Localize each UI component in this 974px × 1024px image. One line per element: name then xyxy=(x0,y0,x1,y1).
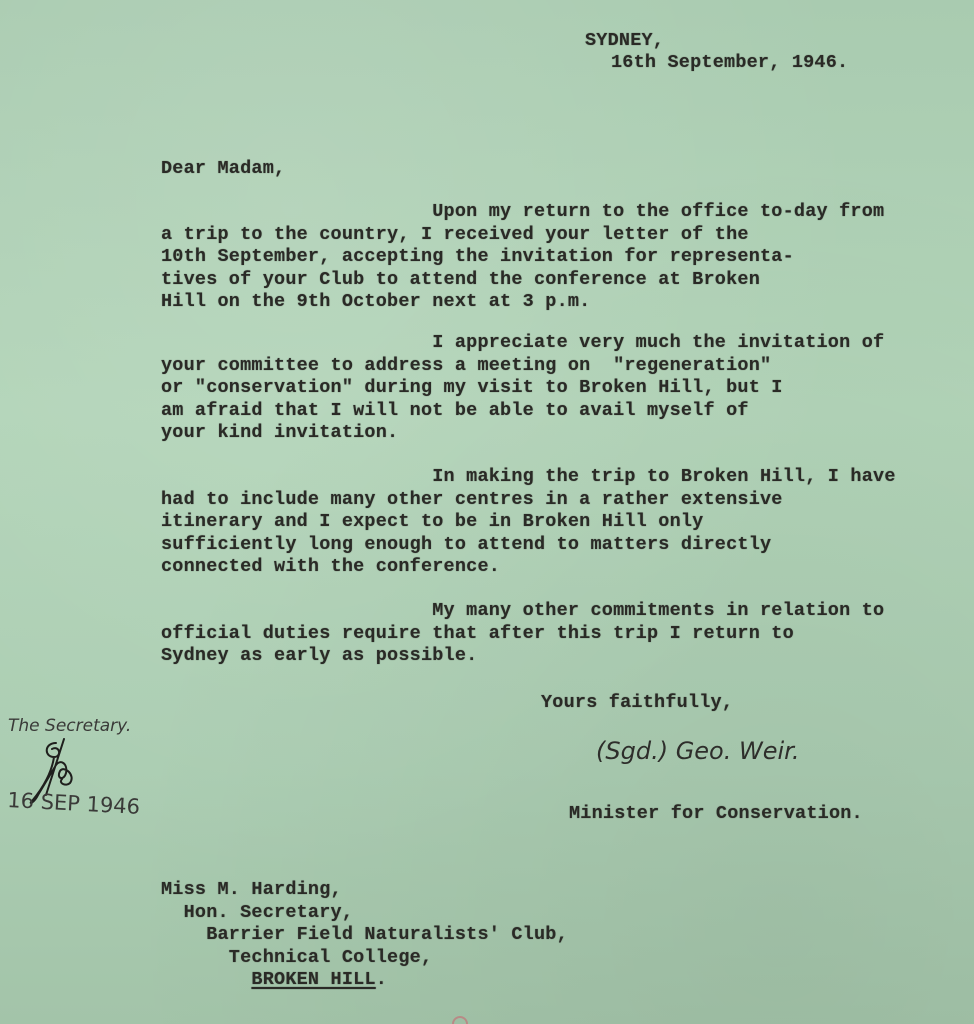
paragraph-line: your committee to address a meeting on "… xyxy=(161,355,884,378)
paragraph-line: a trip to the country, I received your l… xyxy=(161,224,884,247)
paragraph-line: connected with the conference. xyxy=(161,556,896,579)
signatory-title: Minister for Conservation. xyxy=(569,803,863,826)
paragraph-line: In making the trip to Broken Hill, I hav… xyxy=(161,466,896,489)
paragraph-line: Upon my return to the office to-day from xyxy=(161,201,884,224)
addressee-role: Hon. Secretary, xyxy=(161,902,353,923)
body-paragraph-2: I appreciate very much the invitation of… xyxy=(161,332,884,445)
paragraph-line: official duties require that after this … xyxy=(161,623,884,646)
paragraph-line: or "conservation" during my visit to Bro… xyxy=(161,377,884,400)
paragraph-line: your kind invitation. xyxy=(161,422,884,445)
addressee-name: Miss M. Harding, xyxy=(161,879,342,900)
paragraph-line: I appreciate very much the invitation of xyxy=(161,332,884,355)
paragraph-line: My many other commitments in relation to xyxy=(161,600,884,623)
paper-blemish xyxy=(452,1016,468,1024)
addressee-city-suffix: . xyxy=(376,969,387,990)
paragraph-line: itinerary and I expect to be in Broken H… xyxy=(161,511,896,534)
letter-date: 16th September, 1946. xyxy=(611,52,848,75)
paragraph-line: Hill on the 9th October next at 3 p.m. xyxy=(161,291,884,314)
paragraph-line: tives of your Club to attend the confere… xyxy=(161,269,884,292)
body-paragraph-4: My many other commitments in relation to… xyxy=(161,600,884,668)
paragraph-line: sufficiently long enough to attend to ma… xyxy=(161,534,896,557)
letter-place: SYDNEY, xyxy=(585,30,664,53)
salutation: Dear Madam, xyxy=(161,158,285,181)
addressee-block: Miss M. Harding, Hon. Secretary, Barrier… xyxy=(161,879,568,992)
paragraph-line: am afraid that I will not be able to ava… xyxy=(161,400,884,423)
body-paragraph-3: In making the trip to Broken Hill, I hav… xyxy=(161,466,896,579)
paragraph-line: Sydney as early as possible. xyxy=(161,645,884,668)
received-stamp-date: 16 SEP 1946 xyxy=(7,788,141,819)
addressee-city: BROKEN HILL xyxy=(251,969,375,990)
received-stamp-label: The Secretary. xyxy=(8,716,131,736)
body-paragraph-1: Upon my return to the office to-day from… xyxy=(161,201,884,314)
closing: Yours faithfully, xyxy=(541,692,733,715)
addressee-building: Technical College, xyxy=(161,947,432,968)
addressee-city-indent xyxy=(161,969,251,990)
paragraph-line: 10th September, accepting the invitation… xyxy=(161,246,884,269)
paragraph-line: had to include many other centres in a r… xyxy=(161,489,896,512)
signature: (Sgd.) Geo. Weir. xyxy=(596,740,799,763)
addressee-organisation: Barrier Field Naturalists' Club, xyxy=(161,924,568,945)
